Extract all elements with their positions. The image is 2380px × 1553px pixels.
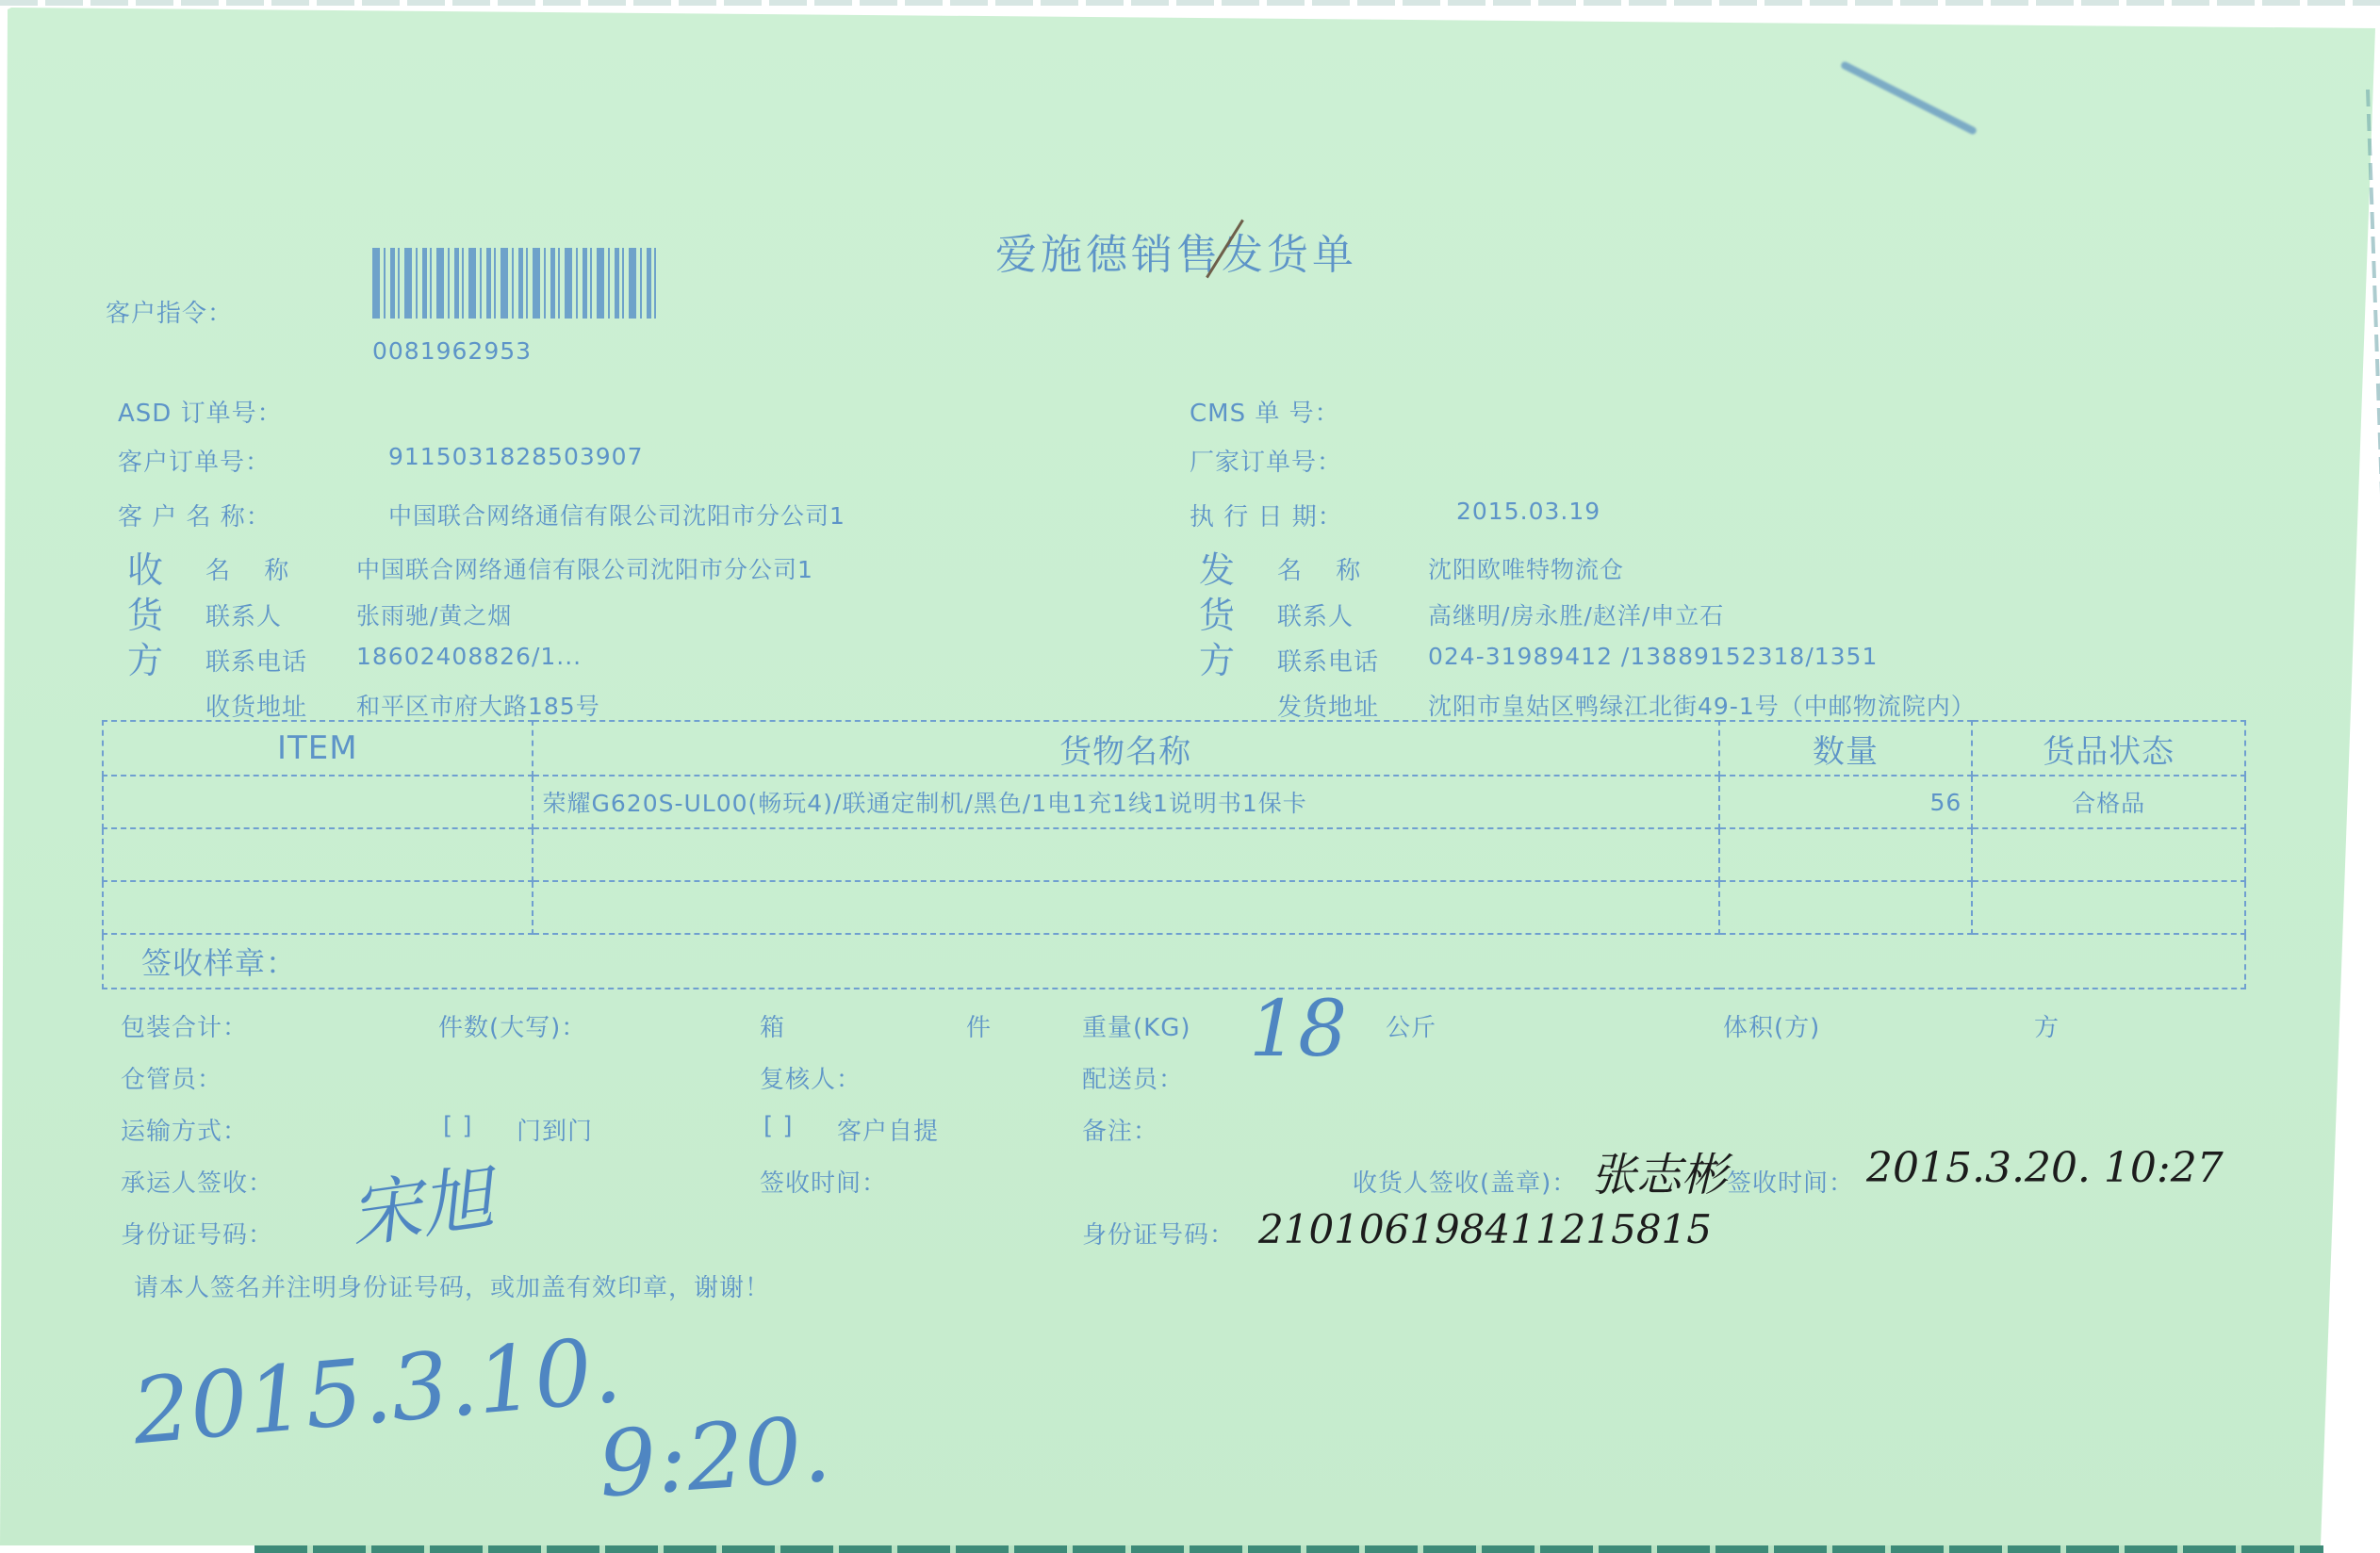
document-title: 爱施德销售发货单: [995, 221, 1357, 281]
goods-table: ITEM 货物名称 数量 货品状态 荣耀G620S-UL00(畅玩4)/联通定制…: [102, 720, 2246, 989]
receiver-signature: 张志彬: [1591, 1138, 1727, 1203]
receiver-side-char-2: 货: [127, 586, 164, 638]
id-value-right: 210106198411215815: [1258, 1206, 1712, 1252]
sender-name-label: 名 称: [1277, 551, 1373, 586]
sender-side-char-1: 发: [1199, 541, 1236, 593]
remarks-label: 备注：: [1082, 1112, 1158, 1147]
piece-label: 件: [966, 1008, 992, 1043]
self-pickup-checkbox[interactable]: [ ]: [763, 1112, 794, 1140]
perforation-bottom: [254, 1545, 2323, 1553]
perforation-top: [0, 0, 2380, 6]
checker-label: 复核人：: [760, 1060, 862, 1095]
door-to-door-label: 门到门: [517, 1112, 593, 1147]
receiver-side-char-3: 方: [127, 631, 164, 683]
cell-status: 合格品: [1972, 776, 2245, 828]
barcode-icon: [372, 248, 661, 319]
cell-item: [103, 828, 533, 881]
id-label-left: 身份证号码：: [121, 1216, 273, 1251]
sender-address-value: 沈阳市皇姑区鸭绿江北街49-1号（中邮物流院内）: [1428, 688, 1976, 722]
box-label: 箱: [760, 1008, 785, 1043]
handwritten-time: 9:20.: [595, 1397, 833, 1518]
customer-instruction-label: 客户指令：: [106, 294, 233, 329]
table-row: [103, 881, 2245, 934]
sign-time-label: 签收时间：: [760, 1164, 887, 1199]
cms-label: CMS 单 号：: [1190, 394, 1340, 429]
table-row: [103, 828, 2245, 881]
sender-phone-label: 联系电话: [1277, 643, 1379, 678]
cell-quantity: 56: [1719, 776, 1973, 828]
weight-label: 重量(KG): [1082, 1008, 1191, 1043]
receiver-contact-value: 张雨驰/黄之烟: [356, 597, 512, 631]
header-goods-name: 货物名称: [533, 721, 1719, 776]
sender-name-value: 沈阳欧唯特物流仓: [1428, 551, 1624, 585]
sender-phone-value: 024-31989412 /13889152318/1351: [1428, 643, 1878, 670]
receiver-side-char-1: 收: [127, 541, 164, 593]
receiver-name-value: 中国联合网络通信有限公司沈阳市分公司1: [356, 551, 813, 585]
sender-address-label: 发货地址: [1277, 688, 1379, 723]
carrier-signature: 宋旭: [342, 1140, 499, 1262]
barcode-number: 0081962953: [372, 337, 532, 365]
pieces-caps-label: 件数(大写)：: [438, 1008, 586, 1043]
customer-order-value: 9115031828503907: [388, 443, 644, 470]
sign-stamp-label: 签收样章：: [103, 934, 2245, 989]
customer-name-label: 客 户 名 称：: [118, 498, 271, 532]
header-quantity: 数量: [1719, 721, 1973, 776]
customer-order-label: 客户订单号：: [118, 443, 271, 478]
sender-side-char-2: 货: [1199, 586, 1236, 638]
cell-quantity: [1719, 828, 1973, 881]
asd-order-label: ASD 订单号：: [118, 394, 283, 429]
cell-quantity: [1719, 881, 1973, 934]
cell-goods-name: 荣耀G620S-UL00(畅玩4)/联通定制机/黑色/1电1充1线1说明书1保卡: [533, 776, 1719, 828]
carrier-sign-label: 承运人签收：: [121, 1164, 273, 1199]
exec-date-label: 执 行 日 期：: [1190, 498, 1343, 532]
weight-value: 18: [1249, 985, 1347, 1074]
sign-stamp-row: 签收样章：: [103, 934, 2245, 989]
cell-goods-name: [533, 828, 1719, 881]
notice-text: 请本人签名并注明身份证号码，或加盖有效印章，谢谢！: [134, 1268, 770, 1303]
transport-label: 运输方式：: [121, 1112, 248, 1147]
volume-unit: 方: [2034, 1008, 2060, 1043]
table-row: 荣耀G620S-UL00(畅玩4)/联通定制机/黑色/1电1充1线1说明书1保卡…: [103, 776, 2245, 828]
delivery-person-label: 配送员：: [1082, 1060, 1184, 1095]
id-label-right: 身份证号码：: [1082, 1216, 1235, 1251]
receiver-name-label: 名 称: [205, 551, 302, 586]
pack-total-label: 包装合计：: [121, 1008, 248, 1043]
weight-unit: 公斤: [1386, 1008, 1436, 1043]
perforation-right: [2366, 90, 2380, 1314]
warehouse-keeper-label: 仓管员：: [121, 1060, 222, 1095]
self-pickup-label: 客户自提: [837, 1112, 939, 1147]
cell-item: [103, 881, 533, 934]
receiver-address-value: 和平区市府大路185号: [356, 688, 600, 722]
cell-status: [1972, 881, 2245, 934]
receiver-address-label: 收货地址: [205, 688, 307, 723]
exec-date-value: 2015.03.19: [1456, 498, 1600, 525]
receiver-sign-time-value: 2015.3.20. 10:27: [1866, 1144, 2224, 1192]
volume-label: 体积(方): [1723, 1008, 1820, 1043]
sender-side-char-3: 方: [1199, 631, 1236, 683]
receiver-sign-label: 收货人签收(盖章)：: [1353, 1164, 1577, 1199]
receiver-phone-label: 联系电话: [205, 643, 307, 678]
header-item: ITEM: [103, 721, 533, 776]
door-to-door-checkbox[interactable]: [ ]: [443, 1112, 473, 1140]
cell-status: [1972, 828, 2245, 881]
goods-table-header: ITEM 货物名称 数量 货品状态: [103, 721, 2245, 776]
sender-contact-label: 联系人: [1277, 597, 1354, 632]
receiver-sign-time-label: 签收时间：: [1727, 1164, 1854, 1199]
cell-item: [103, 776, 533, 828]
customer-name-value: 中国联合网络通信有限公司沈阳市分公司1: [388, 498, 845, 531]
sender-contact-value: 高继明/房永胜/赵洋/申立石: [1428, 597, 1724, 631]
receiver-phone-value: 18602408826/1...: [356, 643, 582, 670]
cell-goods-name: [533, 881, 1719, 934]
factory-order-label: 厂家订单号：: [1190, 443, 1342, 478]
receiver-contact-label: 联系人: [205, 597, 282, 632]
header-status: 货品状态: [1972, 721, 2245, 776]
